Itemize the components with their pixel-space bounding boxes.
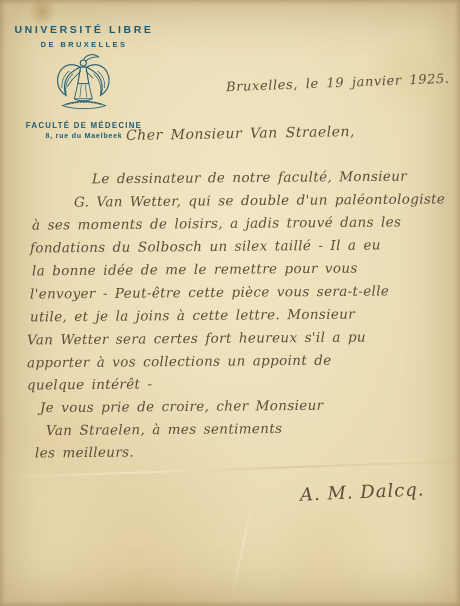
body-line: à ses moments de loisirs, a jadis trouvé… <box>32 214 401 233</box>
body-line: Van Wetter sera certes fort heureux s'il… <box>27 330 366 349</box>
university-name-line1: UNIVERSITÉ LIBRE <box>6 24 162 36</box>
body-line: Van Straelen, à mes sentiments <box>46 421 282 439</box>
body-line: fondations du Solbosch un silex taillé -… <box>30 237 381 256</box>
university-seal-icon <box>45 52 123 118</box>
body-line: la bonne idée de me le remettre pour vou… <box>32 261 358 280</box>
paper-crease <box>229 501 254 606</box>
paper-crease <box>0 459 460 478</box>
university-name-line2: DE BRUXELLES <box>6 40 162 49</box>
body-line: quelque intérêt - <box>27 376 152 393</box>
body-line: G. Van Wetter, qui se double d'un paléon… <box>74 191 445 210</box>
letter-scan-page: UNIVERSITÉ LIBRE DE BRUXELLES <box>0 0 460 606</box>
body-line: les meilleurs. <box>35 445 134 462</box>
salutation: Cher Monsieur Van Straelen, <box>126 124 355 144</box>
body-line: apporter à vos collections un appoint de <box>27 353 332 372</box>
body-line: utile, et je la joins à cette lettre. Mo… <box>30 307 355 326</box>
body-line: l'envoyer - Peut-être cette pièce vous s… <box>30 283 389 302</box>
body-line: Le dessinateur de notre faculté, Monsieu… <box>92 169 407 188</box>
body-line: Je vous prie de croire, cher Monsieur <box>40 398 324 416</box>
dateline: Bruxelles, le 19 janvier 1925. <box>226 72 450 96</box>
signature: A. M. Dalcq. <box>300 479 425 505</box>
